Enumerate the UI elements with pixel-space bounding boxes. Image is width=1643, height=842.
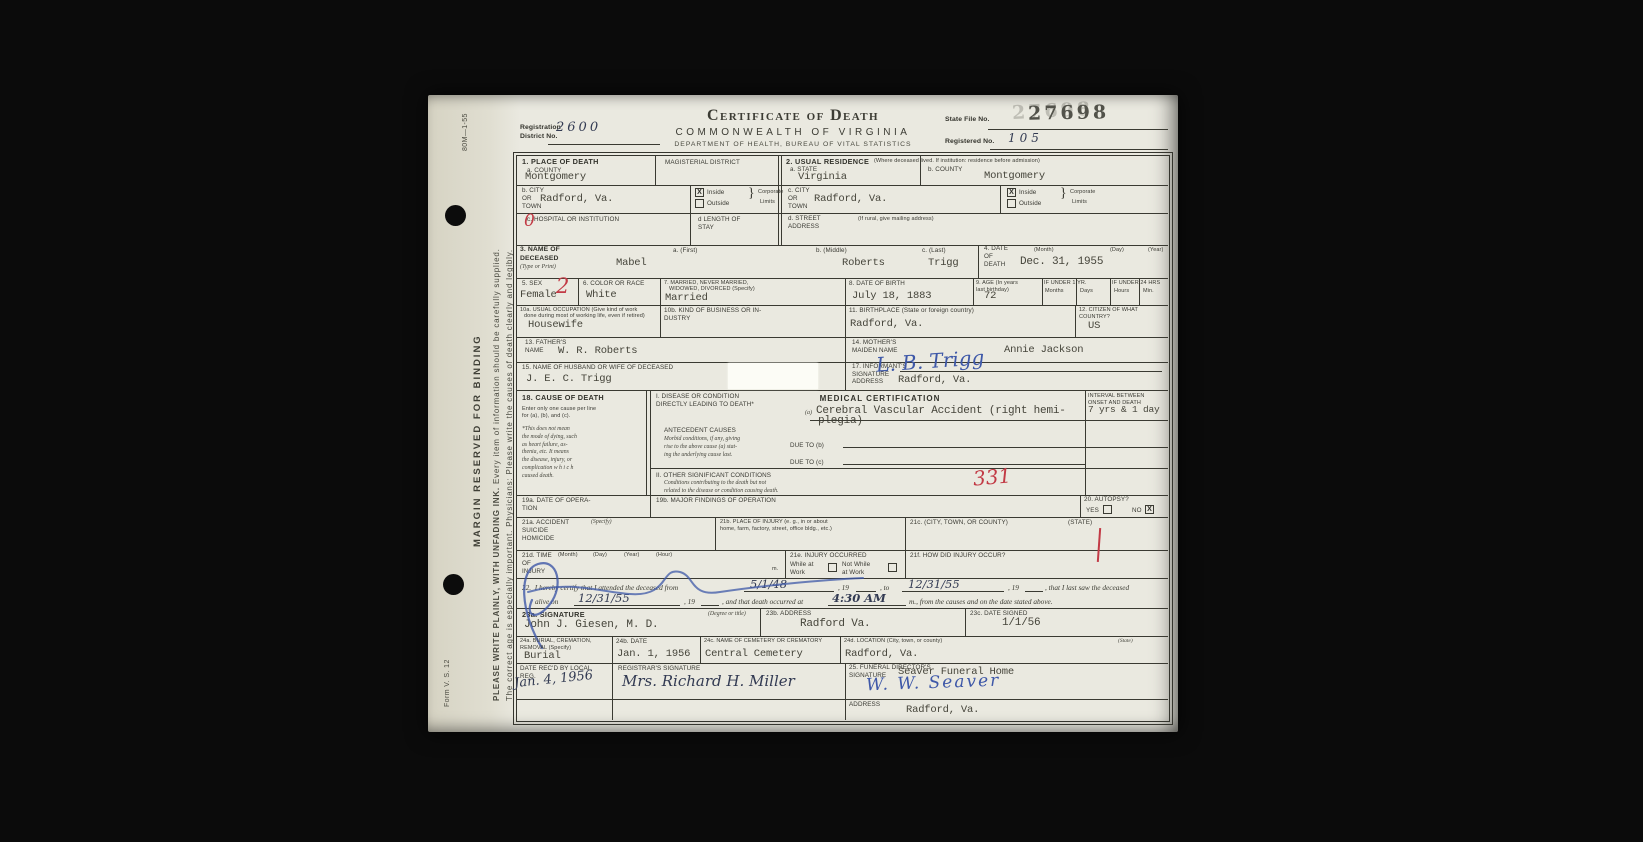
street-address-label: d. STREET ADDRESS (788, 215, 821, 231)
rule (965, 608, 966, 636)
hospital-red-mark: 0 (524, 213, 535, 230)
marital-value: Married (665, 293, 708, 305)
pod-limits-label: Limits (760, 199, 775, 206)
hours-label: Hours (1114, 288, 1129, 295)
ur-city-value: Radford, Va. (814, 194, 887, 206)
ur-outside-label: Outside (1019, 200, 1041, 208)
usual-residence-note: (Where deceased lived. If institution: r… (874, 158, 1040, 165)
margin-write-note-1a: PLEASE WRITE PLAINLY, WITH UNFADING INK. (492, 484, 501, 701)
registered-no-label: Registered No. (945, 138, 994, 147)
scanned-document-stage: Form V. S. 12 80M—1-55 MARGIN RESERVED F… (0, 0, 1643, 842)
cemetery-state-label: (State) (1118, 638, 1133, 645)
cemetery-location-value: Radford, Va. (845, 649, 918, 661)
funeral-director-signature-script: W. W. Seaver (866, 673, 1001, 695)
injury-city-label: 21c. (CITY, TOWN, OR COUNTY) (910, 519, 1008, 527)
cause-a-rule (810, 420, 1085, 421)
rule (845, 337, 846, 362)
margin-write-note-1: PLEASE WRITE PLAINLY, WITH UNFADING INK.… (492, 248, 501, 701)
rule (1085, 390, 1086, 495)
certify-to-value: 12/31/55 (908, 579, 960, 591)
ur-corporate-label: Corporate (1070, 189, 1095, 196)
date-of-death-value: Dec. 31, 1955 (1020, 256, 1103, 268)
rule (973, 278, 974, 305)
sex-label: 5. SEX (522, 280, 542, 288)
interval-rule (1085, 420, 1168, 421)
margin-binding-note: MARGIN RESERVED FOR BINDING (472, 334, 483, 547)
rule (516, 517, 1168, 518)
state-file-rule (988, 129, 1168, 130)
citizen-value: US (1088, 321, 1100, 333)
punch-hole-bottom (443, 574, 464, 595)
rule (516, 305, 1168, 306)
cemetery-label: 24c. NAME OF CEMETERY OR CREMATORY (704, 638, 822, 645)
autopsy-yes-checkbox (1103, 505, 1112, 514)
other-conditions-title: II. OTHER SIGNIFICANT CONDITIONS (656, 472, 771, 480)
certificate-paper: Form V. S. 12 80M—1-55 MARGIN RESERVED F… (428, 95, 1178, 732)
rule (1080, 495, 1081, 517)
certify-text-9: m., from the causes and on the date stat… (909, 598, 1053, 607)
operation-date-label: 19a. DATE OF OPERA- TION (522, 497, 591, 513)
state-file-stamp: 27698 (1028, 103, 1109, 123)
rule (978, 245, 979, 278)
autopsy-no-checkbox: X (1145, 505, 1154, 514)
certificate-title: Certificate of Death (628, 108, 958, 124)
due-to-b-label: DUE TO (b) (790, 442, 824, 450)
middle-name-value: Roberts (842, 258, 885, 270)
date-signed-value: 1/1/56 (1002, 617, 1040, 629)
rule (516, 213, 1168, 214)
date-of-death-label: 4. DATE OF DEATH (984, 245, 1008, 270)
hospital-label: c. HOSPITAL OR INSTITUTION (527, 216, 619, 224)
margin-form-number: Form V. S. 12 (444, 659, 451, 707)
age-label: 9. AGE (In years last birthday) (976, 280, 1018, 294)
cemetery-location-label: 24d. LOCATION (City, town, or county) (844, 638, 942, 645)
pod-inside-label: Inside (707, 189, 724, 197)
cause-note-2: *This does not mean the mode of dying, s… (522, 426, 577, 481)
ur-brace-glyph: } (1060, 187, 1067, 201)
autopsy-no-label: NO (1132, 507, 1142, 515)
funeral-address-label: ADDRESS (849, 701, 880, 709)
commonwealth-subtitle: COMMONWEALTH OF VIRGINIA (628, 128, 958, 138)
dod-day-label: (Day) (1110, 247, 1124, 254)
ur-state-value: Virginia (798, 172, 847, 184)
rule (1075, 305, 1076, 337)
rule (1110, 278, 1111, 305)
medical-certification-title: MEDICAL CERTIFICATION (770, 394, 990, 404)
spouse-label: 15. NAME OF HUSBAND OR WIFE OF DECEASED (522, 364, 673, 372)
informant-address-label: ADDRESS (852, 378, 883, 386)
under-24hrs-label: IF UNDER 24 HRS (1112, 280, 1160, 287)
pod-brace-glyph: } (748, 187, 755, 201)
funeral-address-value: Radford, Va. (906, 705, 979, 717)
under-1yr-label: IF UNDER 1 YR. (1044, 280, 1087, 287)
rule (660, 278, 661, 305)
pod-corporate-label: Corporate (758, 189, 783, 196)
ur-outside-checkbox (1007, 199, 1016, 208)
rule (516, 495, 1168, 496)
min-label: Min. (1143, 288, 1154, 295)
first-name-value: Mabel (616, 258, 647, 270)
section-ii-rule (650, 468, 1085, 469)
department-subtitle: DEPARTMENT OF HEALTH, BUREAU OF VITAL ST… (628, 142, 958, 149)
days-label: Days (1080, 288, 1093, 295)
rule (612, 663, 613, 720)
cause-code-red-mark: 331 (972, 465, 1012, 488)
certify-text-5: , that I last saw the deceased (1045, 584, 1129, 593)
cause-a-tag: (a) (805, 409, 812, 417)
deceased-name-note: (Type or Print) (520, 263, 556, 271)
antecedent-label: ANTECEDENT CAUSES (664, 427, 736, 435)
business-label: 10b. KIND OF BUSINESS OR IN- DUSTRY (664, 307, 761, 323)
place-of-death-title: 1. PLACE OF DEATH (522, 157, 599, 166)
ur-county-value: Montgomery (984, 171, 1045, 183)
margin-stock-number: 80M—1-55 (462, 113, 469, 151)
ur-city-label: c. CITY OR TOWN (788, 187, 810, 212)
pod-inside-checkbox: X (695, 188, 704, 197)
date-of-birth-label: 8. DATE OF BIRTH (849, 280, 905, 288)
birthplace-label: 11. BIRTHPLACE (State or foreign country… (849, 307, 974, 315)
morbid-note: Morbid conditions, if any, giving rise t… (664, 436, 740, 459)
interval-rule (1085, 468, 1168, 469)
rule (1000, 185, 1001, 213)
last-name-label: c. (Last) (922, 247, 946, 255)
certify-text-4: , 19 (1008, 584, 1019, 593)
rule (845, 278, 846, 305)
autopsy-label: 20. AUTOPSY? (1084, 496, 1129, 504)
rule (578, 278, 579, 305)
pod-county-value: Montgomery (525, 172, 586, 184)
interval-value: 7 yrs & 1 day (1088, 405, 1160, 415)
spouse-value: J. E. C. Trigg (526, 374, 611, 386)
rule (650, 390, 651, 495)
rule (516, 185, 1168, 186)
due-b-rule (843, 447, 1085, 448)
not-while-at-work-checkbox (888, 563, 897, 572)
cause-a-line2: plegia) (818, 415, 863, 427)
cause-note-1: Enter only one cause per line for (a), (… (522, 406, 596, 420)
age-value: 72 (984, 291, 996, 303)
ur-limits-label: Limits (1072, 199, 1087, 206)
street-address-note: (If rural, give mailing address) (858, 216, 934, 223)
operation-findings-label: 19b. MAJOR FINDINGS OF OPERATION (656, 497, 776, 505)
informant-address-value: Radford, Va. (898, 375, 971, 387)
rule (516, 390, 1168, 391)
rule (516, 278, 1168, 279)
rule (715, 517, 716, 550)
punch-hole-top (445, 205, 466, 226)
accident-specify-label: (Specify) (591, 519, 612, 527)
rule (516, 663, 1168, 664)
rule (778, 155, 779, 245)
first-name-label: a. (First) (673, 247, 697, 255)
months-label: Months (1045, 288, 1064, 295)
due-to-c-label: DUE TO (c) (790, 459, 824, 467)
rule (845, 663, 846, 720)
autopsy-yes-label: YES (1086, 507, 1099, 515)
due-c-rule (843, 464, 1085, 465)
last-name-value: Trigg (928, 258, 959, 270)
rule (905, 550, 906, 578)
registration-district-value: 2600 (556, 121, 601, 134)
dod-year-label: (Year) (1148, 247, 1163, 254)
how-injury-occurred-label: 21f. HOW DID INJURY OCCUR? (910, 552, 1005, 560)
rule (845, 305, 846, 337)
registrar-signature-value: Mrs. Richard H. Miller (622, 674, 795, 689)
state-file-label: State File No. (945, 116, 989, 125)
rule (650, 495, 651, 517)
place-of-injury-label: 21b. PLACE OF INJURY (e. g., in or about… (720, 519, 832, 533)
rule (660, 305, 661, 337)
dod-month-label: (Month) (1034, 247, 1054, 254)
burial-type-value: Burial (524, 651, 561, 663)
sex-value: Female (520, 290, 557, 302)
pod-outside-label: Outside (707, 200, 729, 208)
rule (646, 390, 647, 495)
length-of-stay-label: d LENGTH OF STAY (698, 216, 740, 232)
certify-rule (1025, 591, 1043, 592)
magisterial-district-label: MAGISTERIAL DISTRICT (665, 159, 740, 167)
burial-date-label: 24b. DATE (616, 638, 647, 646)
burial-date-value: Jan. 1, 1956 (617, 649, 690, 661)
margin-write-note-2b: Physicians: Please write the causes of d… (505, 249, 514, 527)
rule (516, 699, 1168, 700)
rule (516, 362, 1168, 363)
rule (1042, 278, 1043, 305)
cause-of-death-title: 18. CAUSE OF DEATH (522, 393, 604, 402)
certify-rule (902, 591, 1004, 592)
rule (905, 517, 906, 550)
rule (516, 337, 1168, 338)
pod-outside-checkbox (695, 199, 704, 208)
occupation-value: Housewife (528, 320, 583, 332)
registered-no-value: 105 (1008, 132, 1043, 144)
accident-label: 21a. ACCIDENT SUICIDE HOMICIDE (522, 519, 569, 544)
other-conditions-note: Conditions contributing to the death but… (664, 480, 778, 496)
injury-state-label: (STATE) (1068, 519, 1092, 527)
ur-inside-label: Inside (1019, 189, 1036, 197)
cemetery-value: Central Cemetery (705, 649, 803, 661)
disease-label: I. DISEASE OR CONDITION DIRECTLY LEADING… (656, 393, 754, 409)
rule (655, 155, 656, 185)
pod-city-value: Radford, Va. (540, 194, 613, 206)
registration-district-label: Registration District No. (520, 124, 561, 142)
birthplace-value: Radford, Va. (850, 319, 923, 331)
sex-red-mark: 2 (556, 276, 569, 297)
mother-value: Annie Jackson (1004, 345, 1083, 357)
deceased-name-label: 3. NAME OF DECEASED (520, 246, 560, 264)
date-of-birth-value: July 18, 1883 (852, 291, 931, 303)
rule (781, 155, 782, 245)
rule (516, 245, 1168, 246)
registered-rule (990, 149, 1168, 150)
middle-name-label: b. (Middle) (816, 247, 847, 255)
race-value: White (586, 290, 617, 302)
race-label: 6. COLOR OR RACE (583, 280, 644, 288)
margin-write-note-1b: Every item of information should be care… (492, 248, 501, 484)
whiteout-patch (728, 363, 818, 389)
ur-county-label: b. COUNTY (928, 166, 963, 174)
ur-inside-checkbox: X (1007, 188, 1016, 197)
rule (690, 185, 691, 245)
rule (845, 362, 846, 390)
interval-rule (1085, 447, 1168, 448)
father-value: W. R. Roberts (558, 346, 637, 358)
